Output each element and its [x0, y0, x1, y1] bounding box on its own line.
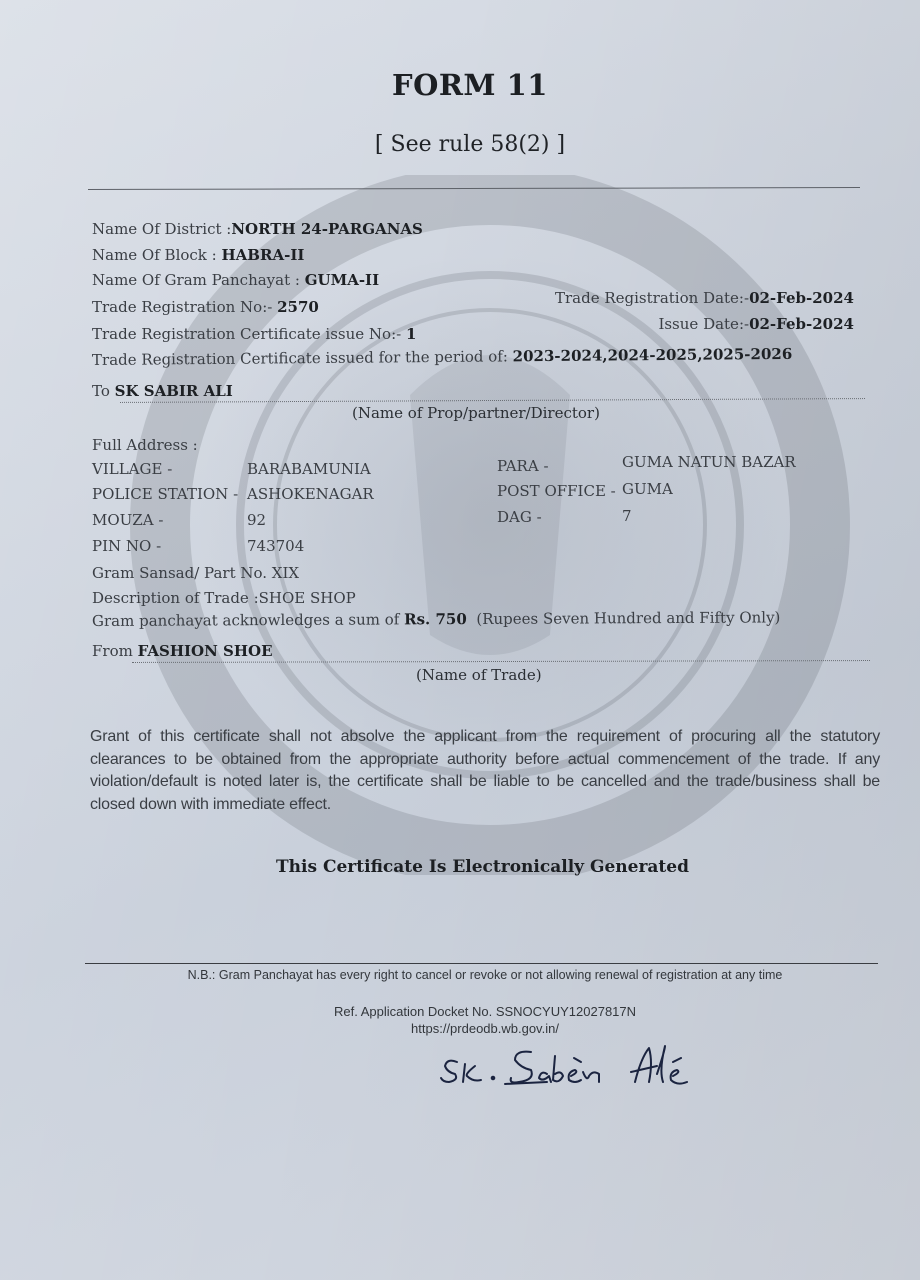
trade-reg-date-label: Trade Registration Date:- — [555, 289, 749, 307]
disclaimer-paragraph: Grant of this certificate shall not abso… — [90, 726, 880, 816]
para-value: GUMA NATUN BAZAR — [622, 453, 796, 471]
mouza-label: MOUZA - — [92, 511, 163, 529]
proprietor-name: SK SABIR ALI — [115, 382, 233, 400]
header-divider — [88, 187, 860, 190]
period-label: Trade Registration Certificate issued fo… — [92, 347, 513, 369]
footer-divider — [85, 963, 878, 964]
acknowledgement-row: Gram panchayat acknowledges a sum of Rs.… — [92, 608, 780, 630]
address-heading: Full Address : — [92, 436, 198, 454]
electronic-generation-note: This Certificate Is Electronically Gener… — [0, 857, 920, 877]
portal-url: https://prdeodb.wb.gov.in/ — [0, 1021, 920, 1036]
nb-note: N.B.: Gram Panchayat has every right to … — [0, 968, 920, 982]
district-label: Name Of District : — [92, 220, 231, 238]
period-row: Trade Registration Certificate issued fo… — [92, 345, 792, 369]
issue-date-value: 02-Feb-2024 — [749, 315, 854, 333]
trade-reg-no-row: Trade Registration No:- 2570 — [92, 298, 319, 316]
cert-issue-no-label: Trade Registration Certificate issue No:… — [92, 325, 406, 343]
docket-reference: Ref. Application Docket No. SSNOCYUY1202… — [0, 1004, 920, 1019]
dag-label: DAG - — [497, 508, 542, 526]
trade-reg-no-value: 2570 — [277, 298, 319, 316]
amount-value: Rs. 750 — [404, 610, 467, 628]
acknowledgement-label: Gram panchayat acknowledges a sum of — [92, 610, 404, 630]
handwritten-signature-icon — [435, 1040, 715, 1090]
pin-value: 743704 — [247, 537, 304, 555]
block-value: HABRA-II — [222, 246, 305, 264]
proprietor-caption: (Name of Prop/partner/Director) — [352, 404, 600, 422]
to-label: To — [92, 382, 115, 400]
district-value: NORTH 24-PARGANAS — [231, 220, 423, 238]
trade-description-row: Description of Trade :SHOE SHOP — [92, 589, 356, 607]
trade-name-row: From FASHION SHOE — [92, 642, 273, 660]
trade-name-value: FASHION SHOE — [138, 642, 273, 660]
proprietor-row: To SK SABIR ALI — [92, 382, 233, 400]
trade-reg-date-row: Trade Registration Date:-02-Feb-2024 — [555, 289, 854, 307]
block-label: Name Of Block : — [92, 246, 222, 264]
mouza-value: 92 — [247, 511, 266, 529]
trade-reg-no-label: Trade Registration No:- — [92, 298, 277, 316]
village-value: BARABAMUNIA — [247, 460, 371, 478]
trade-name-dotted-line — [132, 660, 870, 663]
trade-description-label: Description of Trade : — [92, 589, 259, 607]
gram-panchayat-value: GUMA-II — [305, 271, 379, 289]
district-row: Name Of District :NORTH 24-PARGANAS — [92, 220, 423, 238]
post-office-value: GUMA — [622, 480, 673, 498]
issue-date-label: Issue Date:- — [658, 315, 749, 333]
pin-label: PIN NO - — [92, 537, 161, 555]
cert-issue-no-value: 1 — [406, 325, 416, 343]
gram-sansad: Gram Sansad/ Part No. XIX — [92, 564, 299, 582]
post-office-label: POST OFFICE - — [497, 482, 616, 500]
rule-reference: [ See rule 58(2) ] — [0, 132, 920, 157]
gram-panchayat-row: Name Of Gram Panchayat : GUMA-II — [92, 271, 379, 289]
block-row: Name Of Block : HABRA-II — [92, 246, 304, 264]
period-value: 2023-2024,2024-2025,2025-2026 — [513, 345, 793, 365]
issue-date-row: Issue Date:-02-Feb-2024 — [658, 315, 854, 333]
trade-name-caption: (Name of Trade) — [416, 666, 542, 684]
police-station-label: POLICE STATION - — [92, 485, 238, 503]
cert-issue-no-row: Trade Registration Certificate issue No:… — [92, 325, 416, 343]
amount-in-words: (Rupees Seven Hundred and Fifty Only) — [476, 608, 780, 628]
from-label: From — [92, 642, 138, 660]
para-label: PARA - — [497, 457, 549, 475]
trade-description-value: SHOE SHOP — [259, 589, 356, 607]
form-title: FORM 11 — [0, 68, 920, 102]
police-station-value: ASHOKENAGAR — [247, 485, 374, 503]
village-label: VILLAGE - — [92, 460, 172, 478]
gram-panchayat-label: Name Of Gram Panchayat : — [92, 271, 305, 289]
dag-value: 7 — [622, 507, 632, 525]
trade-reg-date-value: 02-Feb-2024 — [749, 289, 854, 307]
